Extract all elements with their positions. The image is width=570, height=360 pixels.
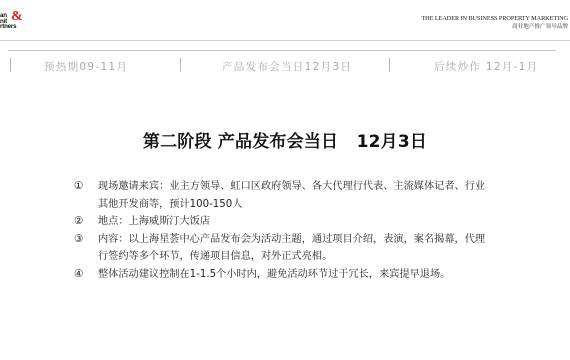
details-list: ① 现场邀请来宾：业主方领导、虹口区政府领导、各大代理行代表、主流媒体记者、行业…	[74, 178, 494, 283]
list-number: ②	[74, 213, 83, 231]
tagline: THE LEADER IN BUSINESS PROPERTY MARKETIN…	[421, 15, 568, 31]
list-text: 内容：以上海星荟中心产品发布会为活动主题，通过项目介绍，表演，案名揭幕，代理行签…	[98, 234, 485, 263]
phase-preheat: 预热期09-11月	[44, 59, 128, 74]
company-logo: an nit rtners &	[0, 13, 24, 33]
list-number: ④	[74, 266, 83, 284]
timeline-divider	[8, 50, 556, 51]
list-number: ①	[74, 178, 83, 196]
timeline-separator	[180, 58, 181, 72]
phase-launch-day: 产品发布会当日12月3日	[222, 59, 352, 74]
timeline-separator	[10, 58, 11, 72]
list-text: 地点：上海威斯汀大饭店	[98, 216, 210, 227]
list-item: ① 现场邀请来宾：业主方领导、虹口区政府领导、各大代理行代表、主流媒体记者、行业…	[74, 178, 494, 213]
list-item: ③ 内容：以上海星荟中心产品发布会为活动主题，通过项目介绍，表演，案名揭幕，代理…	[74, 231, 494, 266]
logo-line-3: rtners	[0, 24, 16, 30]
page-title: 第二阶段 产品发布会当日 12月3日	[0, 127, 570, 152]
list-text: 整体活动建议控制在1-1.5个小时内，避免活动环节过于冗长，来宾提早退场。	[98, 269, 450, 280]
tagline-chinese: 商业地产推广领导品牌	[421, 23, 568, 31]
header-divider	[0, 40, 570, 41]
phase-follow-up: 后续炒作 12月-1月	[434, 59, 538, 74]
list-item: ② 地点：上海威斯汀大饭店	[74, 213, 494, 231]
list-item: ④ 整体活动建议控制在1-1.5个小时内，避免活动环节过于冗长，来宾提早退场。	[74, 266, 494, 284]
list-number: ③	[74, 231, 83, 249]
list-text: 现场邀请来宾：业主方领导、虹口区政府领导、各大代理行代表、主流媒体记者、行业其他…	[98, 181, 485, 210]
ampersand-logo-icon: &	[11, 10, 23, 24]
timeline-separator	[389, 58, 390, 72]
tagline-english: THE LEADER IN BUSINESS PROPERTY MARKETIN…	[421, 15, 568, 23]
